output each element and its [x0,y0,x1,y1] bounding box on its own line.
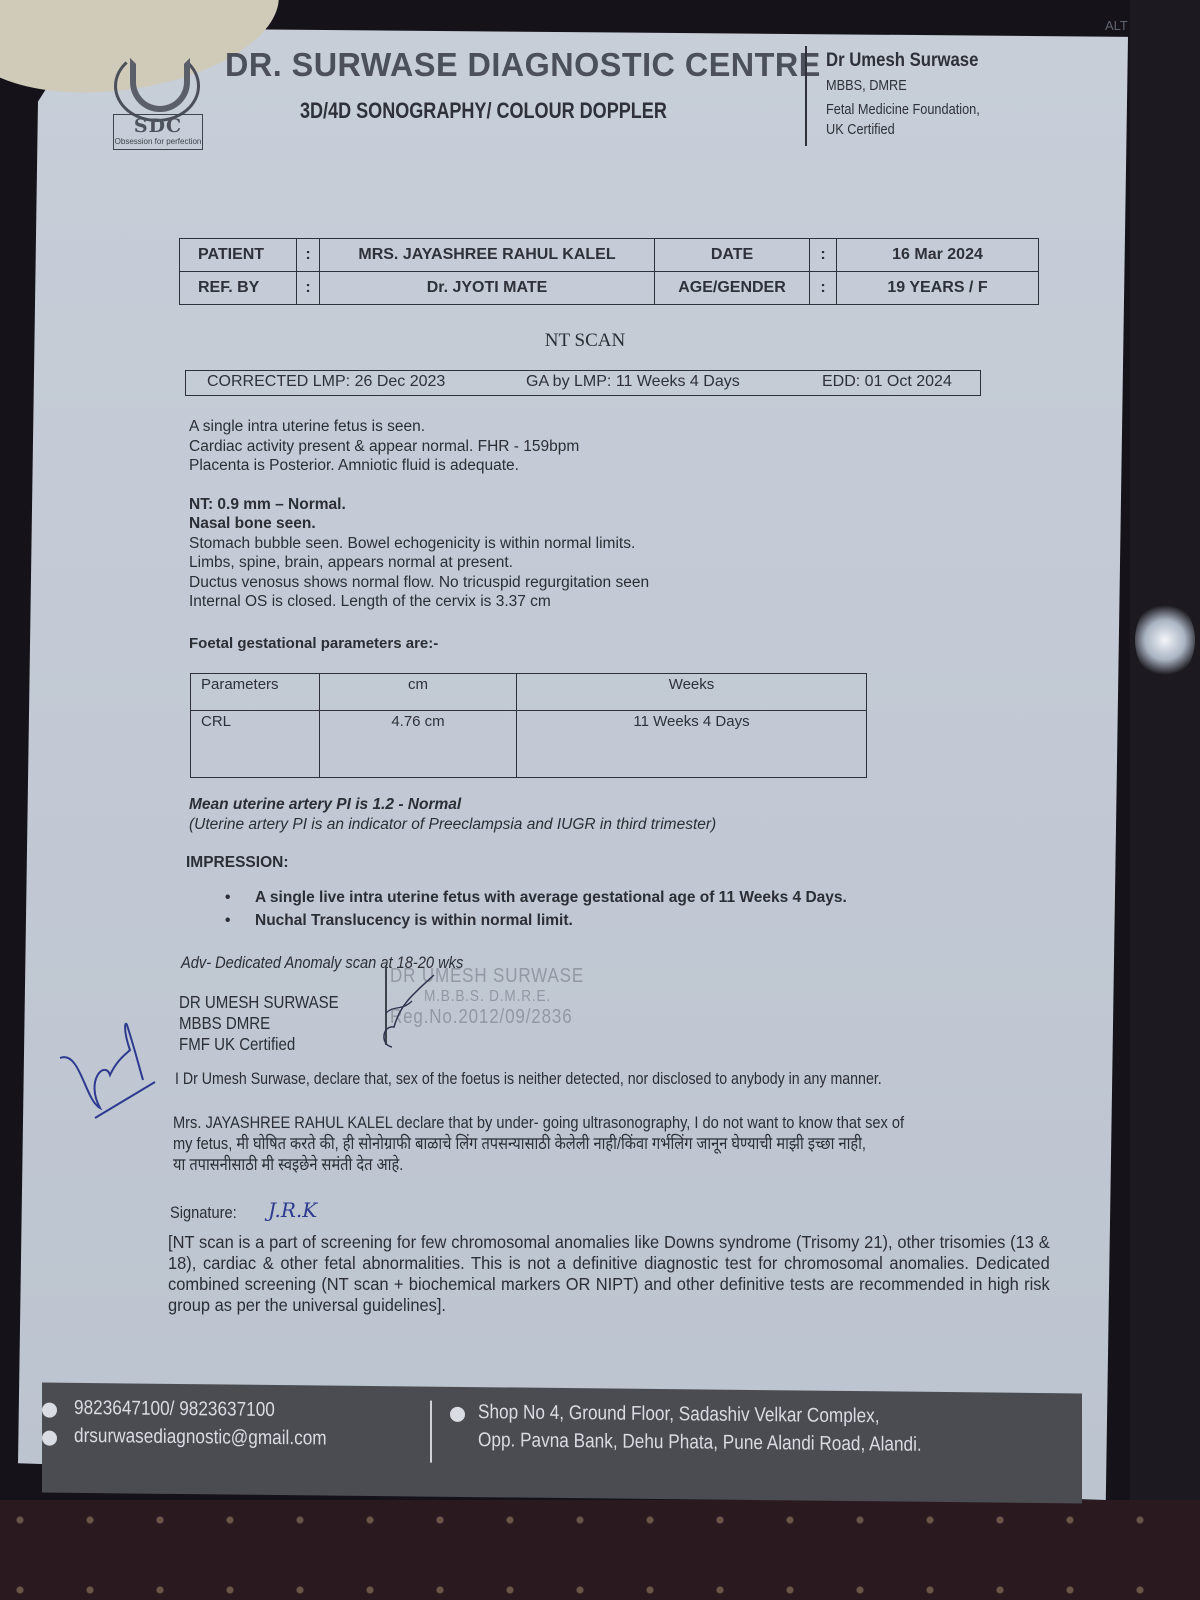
separator: : [297,239,320,272]
referring-doctor: Dr. JYOTI MATE [320,272,655,305]
report-date: 16 Mar 2024 [837,239,1039,272]
centre-name: DR. SURWASE DIAGNOSTIC CENTRE [225,46,821,84]
patient-label: PATIENT [180,239,297,272]
email-address[interactable]: drsurwasediagnostic@gmail.com [74,1425,327,1451]
patient-info-table: PATIENT : MRS. JAYASHREE RAHUL KALEL DAT… [179,238,1039,305]
column-header: cm [320,674,517,711]
uterine-artery-pi: Mean uterine artery PI is 1.2 - Normal [189,795,716,815]
centre-services: 3D/4D SONOGRAPHY/ COLOUR DOPPLER [300,98,667,124]
patient-signature: J.R.K [268,1198,317,1222]
separator: : [810,239,837,272]
finding-line: Ductus venosus shows normal flow. No tri… [189,573,649,593]
report-title: NT SCAN [0,330,1170,352]
declaration-line: या तपासनीसाठी मी स्वइछेने समंती देत आहे. [173,1154,1042,1175]
footer-bar: 9823647100/ 9823637100 drsurwasediagnost… [42,1383,1082,1504]
impression-list: A single live intra uterine fetus with a… [225,886,847,932]
dates-box: CORRECTED LMP: 26 Dec 2023 GA by LMP: 11… [185,370,981,396]
signatory-cert: FMF UK Certified [179,1034,339,1055]
finding-line: Limbs, spine, brain, appears normal at p… [189,553,649,573]
signatory-block: DR UMESH SURWASE MBBS DMRE FMF UK Certif… [179,992,339,1055]
finding-line: Stomach bubble seen. Bowel echogenicity … [189,534,649,554]
doctor-name: Dr Umesh Surwase [826,50,978,72]
ref-by-label: REF. BY [180,272,297,305]
declaration-line: Mrs. JAYASHREE RAHUL KALEL declare that … [173,1112,1042,1133]
age-gender-label: AGE/GENDER [655,272,810,305]
nt-measurement: NT: 0.9 mm – Normal. [189,495,649,515]
ga-by-lmp: GA by LMP: 11 Weeks 4 Days [526,373,740,391]
declaration-line: my fetus, मी घोषित करते की, ही सोनोग्राफ… [173,1133,1042,1154]
logo-initials: SDC [114,115,202,137]
patient-declaration: Mrs. JAYASHREE RAHUL KALEL declare that … [173,1112,1042,1175]
doctor-cert-line2: UK Certified [826,121,895,138]
column-header: Parameters [191,674,320,711]
margin-signature-icon [55,1020,165,1120]
doctor-cert-line1: Fetal Medicine Foundation, [826,101,980,118]
list-item: Nuchal Translucency is within normal lim… [225,909,847,932]
sdc-logo: SDC Obsession for perfection [108,50,204,150]
phone-numbers[interactable]: 9823647100/ 9823637100 [74,1397,275,1422]
doctor-declaration: I Dr Umesh Surwase, declare that, sex of… [175,1070,882,1089]
parameters-heading: Foetal gestational parameters are:- [189,634,438,654]
corrected-lmp: CORRECTED LMP: 26 Dec 2023 [207,373,445,391]
address-line1: Shop No 4, Ground Floor, Sadashiv Velkar… [478,1401,880,1428]
logo-tagline: Obsession for perfection [114,137,202,146]
separator: : [810,272,837,305]
header-divider [805,46,807,146]
finding-line: Cardiac activity present & appear normal… [189,437,649,457]
nasal-bone: Nasal bone seen. [189,514,649,534]
parameters-table: Parameters cm Weeks CRL 4.76 cm 11 Weeks… [190,673,867,778]
patient-name: MRS. JAYASHREE RAHUL KALEL [320,239,655,272]
finding-line: Placenta is Posterior. Amniotic fluid is… [189,456,649,476]
column-header: Weeks [517,674,867,711]
uterine-artery-block: Mean uterine artery PI is 1.2 - Normal (… [189,795,716,834]
email-icon [42,1431,57,1446]
list-item: A single live intra uterine fetus with a… [225,886,847,909]
edd: EDD: 01 Oct 2024 [822,373,952,391]
background-surface [1130,0,1200,1600]
light-reflection [1135,600,1195,680]
separator: : [297,272,320,305]
keyboard-key-label: ALT [1105,18,1128,33]
findings-block: A single intra uterine fetus is seen. Ca… [189,417,649,612]
signature-label: Signature: [170,1203,237,1223]
weeks-cell: 11 Weeks 4 Days [517,711,867,778]
location-pin-icon [450,1407,465,1422]
age-gender: 19 YEARS / F [837,272,1039,305]
uterine-artery-note: (Uterine artery PI is an indicator of Pr… [189,815,716,835]
parameter-cell: CRL [191,711,320,778]
signatory-qualification: MBBS DMRE [179,1013,339,1034]
date-label: DATE [655,239,810,272]
background-cloth [0,1500,1200,1600]
doctor-signature-icon [372,965,472,1055]
cm-cell: 4.76 cm [320,711,517,778]
address-line2: Opp. Pavna Bank, Dehu Phata, Pune Alandi… [478,1429,922,1457]
signatory-name: DR UMESH SURWASE [179,992,339,1013]
finding-line: Internal OS is closed. Length of the cer… [189,592,649,612]
impression-heading: IMPRESSION: [186,853,288,873]
phone-icon [42,1403,57,1418]
footer-divider [430,1401,432,1463]
table-row: CRL 4.76 cm 11 Weeks 4 Days [191,711,867,778]
doctor-qualification: MBBS, DMRE [826,77,907,94]
disclaimer: [NT scan is a part of screening for few … [168,1232,1050,1316]
finding-line: A single intra uterine fetus is seen. [189,417,649,437]
